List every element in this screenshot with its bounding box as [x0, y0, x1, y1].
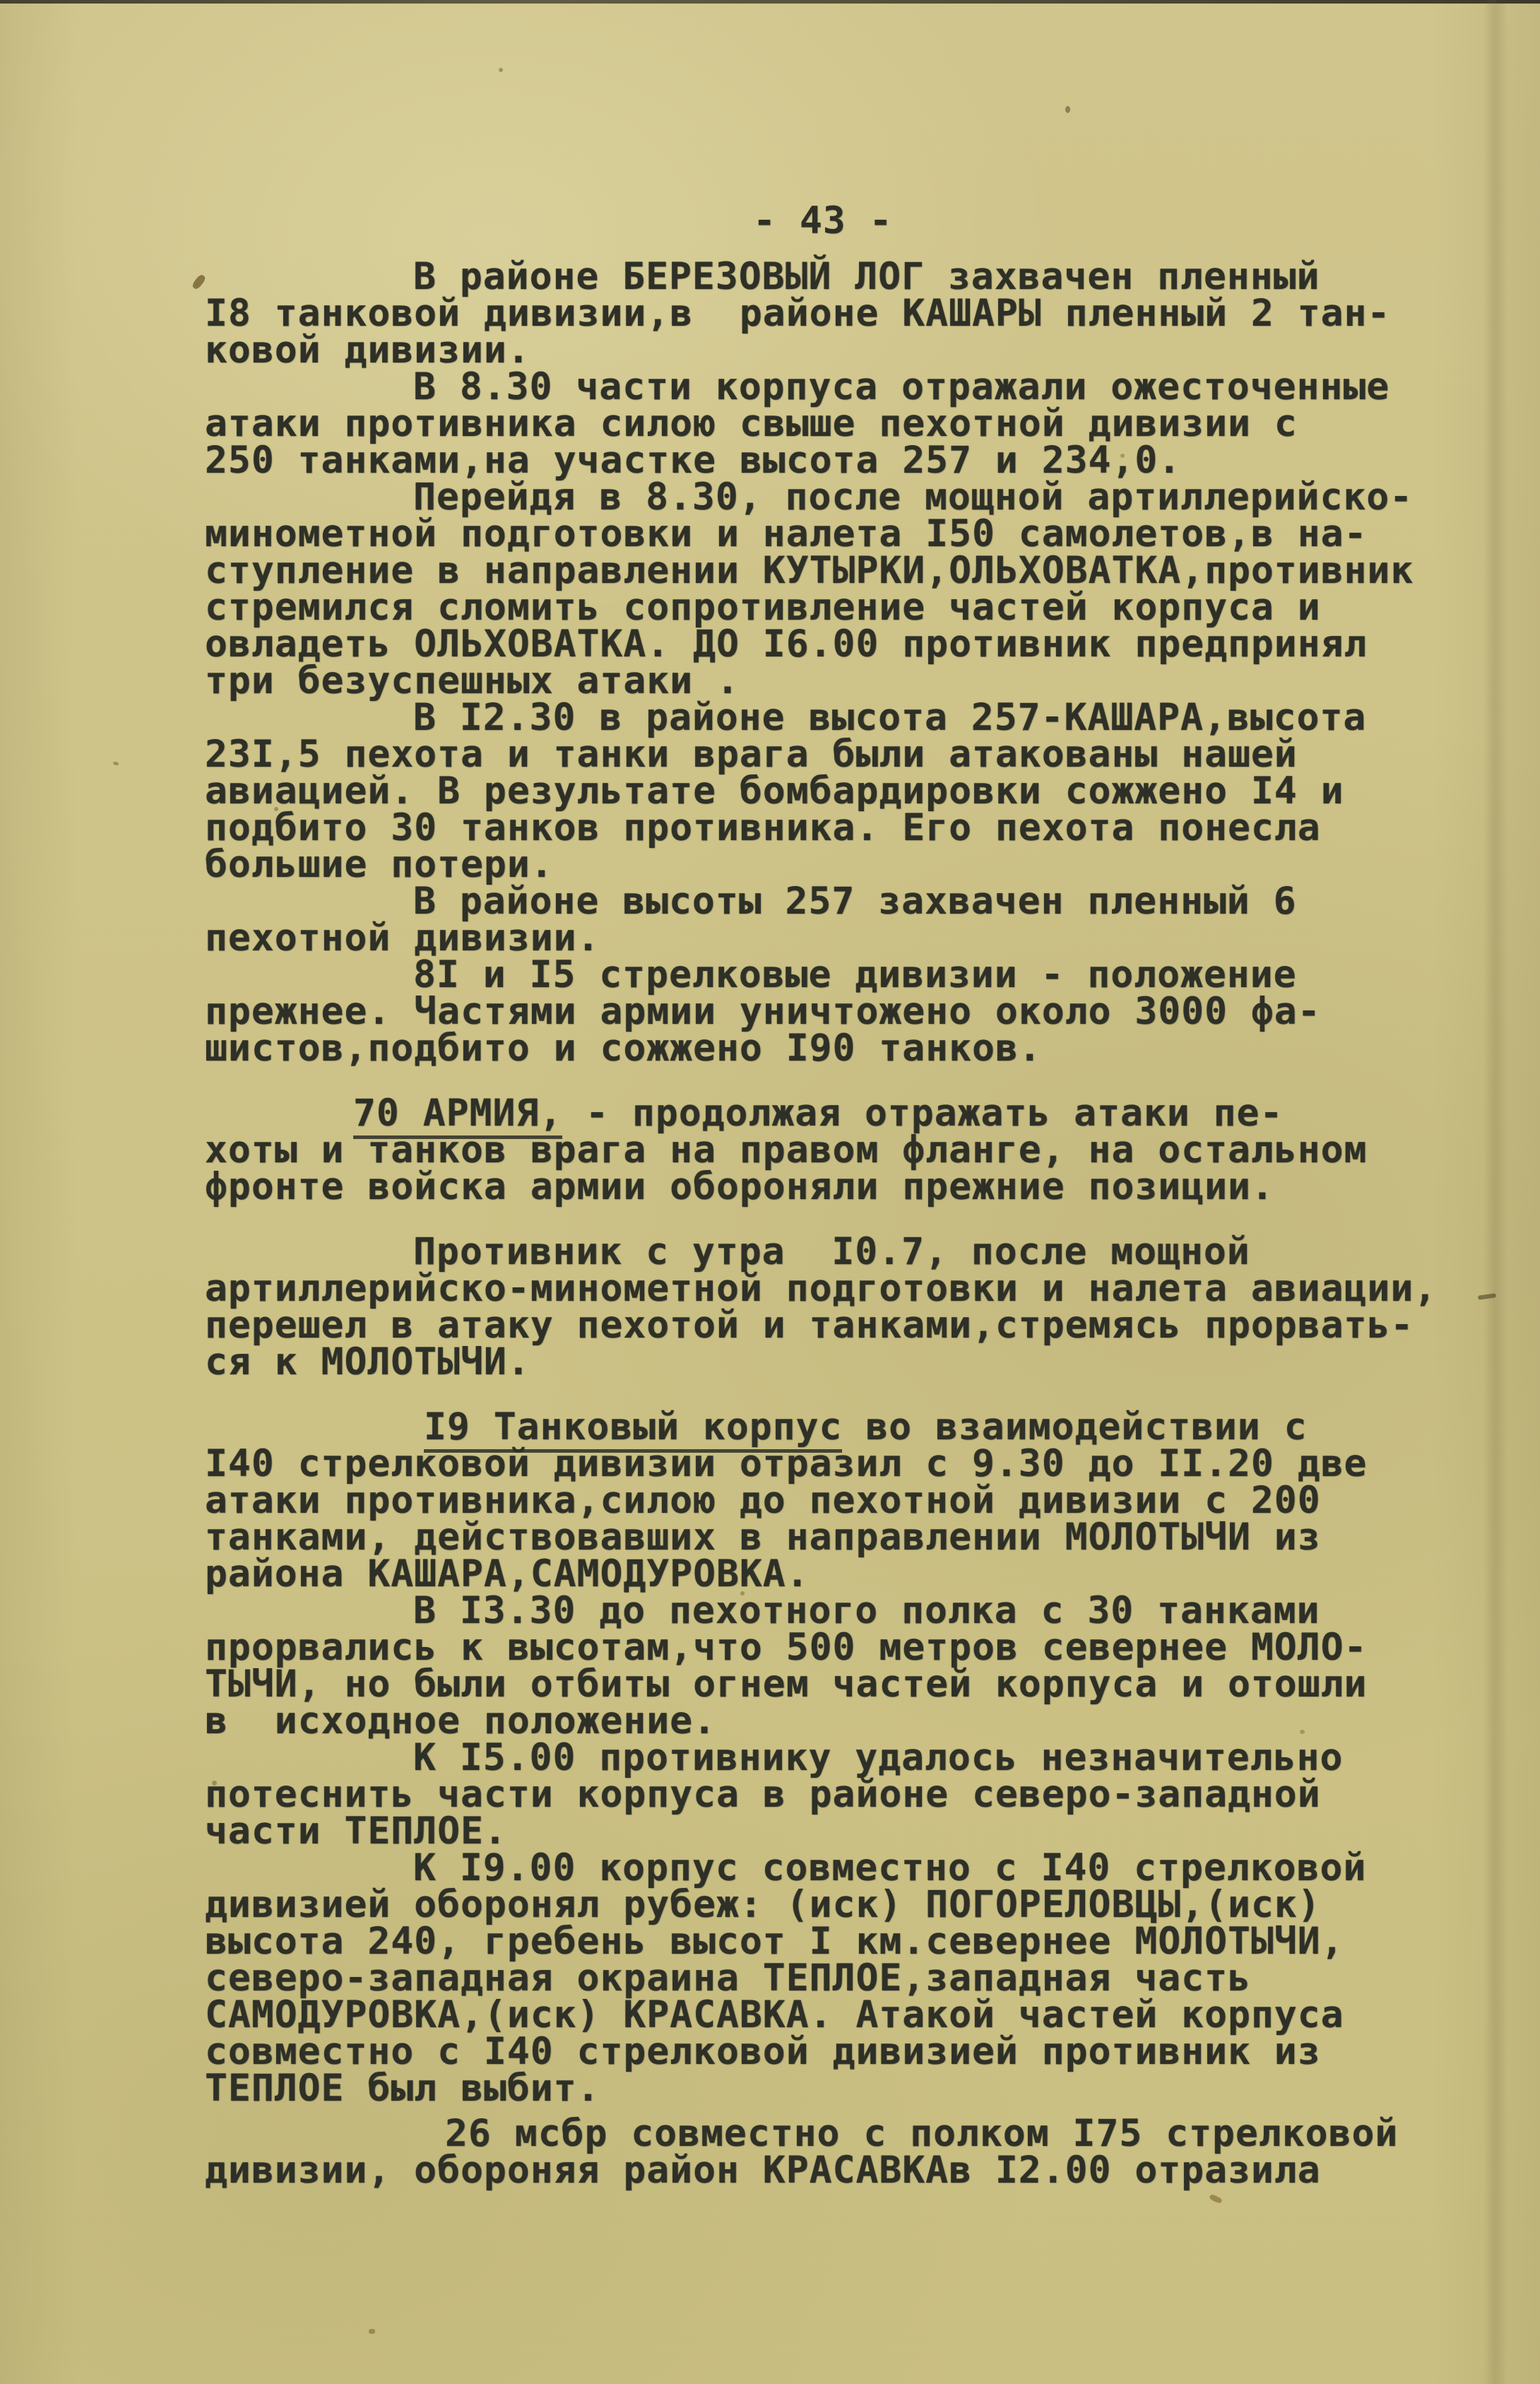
- text-line: I9 Танковый корпус во взаимодействии с: [205, 1409, 1476, 1446]
- text-line: 70 АРМИЯ, - продолжая отражать атаки пе-: [205, 1095, 1476, 1132]
- paper-speck: [1065, 106, 1070, 113]
- text-line: пехотной дивизии.: [205, 920, 1476, 957]
- text-line: Противник с утра I0.7, после мощной: [205, 1234, 1476, 1270]
- text-line: перешел в атаку пехотой и танками,стремя…: [205, 1307, 1476, 1344]
- text-line: шистов,подбито и сожжено I90 танков.: [205, 1030, 1476, 1067]
- text-line: части ТЕПЛОЕ.: [205, 1813, 1476, 1850]
- text-line: северо-западная окраина ТЕПЛОЕ,западная …: [205, 1960, 1476, 1997]
- text-line: прежнее. Частями армии уничтожено около …: [205, 993, 1476, 1030]
- text-line: В 8.30 части корпуса отражали ожесточенн…: [205, 369, 1476, 406]
- text-line: высота 240, гребень высот I км.севернее …: [205, 1923, 1476, 1960]
- para-enemy-attack-10-7: Противник с утра I0.7, после мощной арти…: [205, 1234, 1476, 1381]
- text-line: стремился сломить сопротивление частей к…: [205, 589, 1476, 626]
- text-line: I8 танковой дивизии,в районе КАШАРЫ плен…: [205, 295, 1476, 332]
- text-line: 23I,5 пехота и танки врага были атакован…: [205, 736, 1476, 773]
- text-line: района КАШАРА,САМОДУРОВКА.: [205, 1556, 1476, 1593]
- text-line: ТЫЧИ, но были отбиты огнем частей корпус…: [205, 1666, 1476, 1703]
- para-8-30-corps-attacks: В 8.30 части корпуса отражали ожесточенн…: [205, 369, 1476, 479]
- text-line: атаки противника силою свыше пехотной ди…: [205, 406, 1476, 442]
- para-prisoners-berezovy-log: В районе БЕРЕЗОВЫЙ ЛОГ захвачен пленный …: [205, 259, 1476, 369]
- text-line: САМОДУРОВКА,(иск) КРАСАВКА. Атакой часте…: [205, 1997, 1476, 2034]
- para-81-15-divisions: 8I и I5 стрелковые дивизии - положение п…: [205, 957, 1476, 1067]
- page-number: - 43 -: [753, 199, 892, 242]
- text-line: ТЕПЛОЕ был выбит.: [205, 2070, 1476, 2107]
- text-line: совместно с I40 стрелковой дивизией прот…: [205, 2034, 1476, 2070]
- text-line: К I5.00 противнику удалось незначительно: [205, 1740, 1476, 1776]
- paper-crease: [1483, 0, 1508, 2384]
- text-line: фронте войска армии обороняли прежние по…: [205, 1169, 1476, 1205]
- text-line: в исходное положение.: [205, 1703, 1476, 1740]
- para-15-00-enemy-push: К I5.00 противнику удалось незначительно…: [205, 1740, 1476, 1850]
- text-line: дивизии, обороняя район КРАСАВКАв I2.00 …: [205, 2152, 1476, 2189]
- text-line: 26 мсбр совместно с полком I75 стрелково…: [205, 2115, 1476, 2152]
- paper-speck: [112, 761, 119, 766]
- text-line: хоты и танков врага на правом фланге, на…: [205, 1132, 1476, 1169]
- text-line: В I3.30 до пехотного полка с 30 танками: [205, 1593, 1476, 1629]
- text-line: овладеть ОЛЬХОВАТКА. ДО I6.00 противник …: [205, 626, 1476, 663]
- text-line: атаки противника,силою до пехотной дивиз…: [205, 1482, 1476, 1519]
- scan-top-edge: [0, 0, 1540, 4]
- text-line: ковой дивизии.: [205, 332, 1476, 369]
- text-line: артиллерийско-минометной подготовки и на…: [205, 1270, 1476, 1307]
- document-text: В районе БЕРЕЗОВЫЙ ЛОГ захвачен пленный …: [205, 259, 1476, 2189]
- text-line: В районе БЕРЕЗОВЫЙ ЛОГ захвачен пленный: [205, 259, 1476, 295]
- para-19-tank-corps: I9 Танковый корпус во взаимодействии с I…: [205, 1409, 1476, 1593]
- para-13-30-breakthrough: В I3.30 до пехотного полка с 30 танками …: [205, 1593, 1476, 1740]
- para-70-army: 70 АРМИЯ, - продолжая отражать атаки пе-…: [205, 1095, 1476, 1205]
- text-line: В I2.30 в районе высота 257-КАШАРА,высот…: [205, 700, 1476, 736]
- paper-speck: [499, 68, 503, 72]
- text-line: 8I и I5 стрелковые дивизии - положение: [205, 957, 1476, 993]
- text-line: три безуспешных атаки .: [205, 663, 1476, 700]
- text-line: I40 стрелковой дивизии отразил с 9.30 до…: [205, 1446, 1476, 1482]
- text-line: 250 танками,на участке высота 257 и 234,…: [205, 442, 1476, 479]
- text-line: потеснить части корпуса в районе северо-…: [205, 1776, 1476, 1813]
- text-line: большие потери.: [205, 846, 1476, 883]
- text-line: танками, действовавших в направлении МОЛ…: [205, 1519, 1476, 1556]
- para-26-msbr: 26 мсбр совместно с полком I75 стрелково…: [205, 2115, 1476, 2189]
- text-line: ступление в направлении КУТЫРКИ,ОЛЬХОВАТ…: [205, 553, 1476, 589]
- para-offensive-olkhovatka: Перейдя в 8.30, после мощной артиллерийс…: [205, 479, 1476, 700]
- text-line: дивизией оборонял рубеж: (иск) ПОГОРЕЛОВ…: [205, 1887, 1476, 1923]
- text-line: прорвались к высотам,что 500 метров севе…: [205, 1629, 1476, 1666]
- paper-speck: [369, 2329, 375, 2334]
- text-line: минометной подготовки и налета I50 самол…: [205, 516, 1476, 553]
- text-line: авиацией. В результате бомбардировки сож…: [205, 773, 1476, 810]
- text-line: ся к МОЛОТЫЧИ.: [205, 1344, 1476, 1381]
- text-line: подбито 30 танков противника. Его пехота…: [205, 810, 1476, 846]
- para-12-30-air-strike: В I2.30 в районе высота 257-КАШАРА,высот…: [205, 700, 1476, 883]
- text-line: К I9.00 корпус совместно с I40 стрелково…: [205, 1850, 1476, 1887]
- para-height-257-prisoner: В районе высоты 257 захвачен пленный 6 п…: [205, 883, 1476, 957]
- text-line: В районе высоты 257 захвачен пленный 6: [205, 883, 1476, 920]
- paper-speck: [1209, 2194, 1223, 2205]
- text-line: Перейдя в 8.30, после мощной артиллерийс…: [205, 479, 1476, 516]
- para-19-00-defense-line: К I9.00 корпус совместно с I40 стрелково…: [205, 1850, 1476, 2107]
- scanned-page: - 43 - В районе БЕРЕЗОВЫЙ ЛОГ захвачен п…: [0, 0, 1540, 2384]
